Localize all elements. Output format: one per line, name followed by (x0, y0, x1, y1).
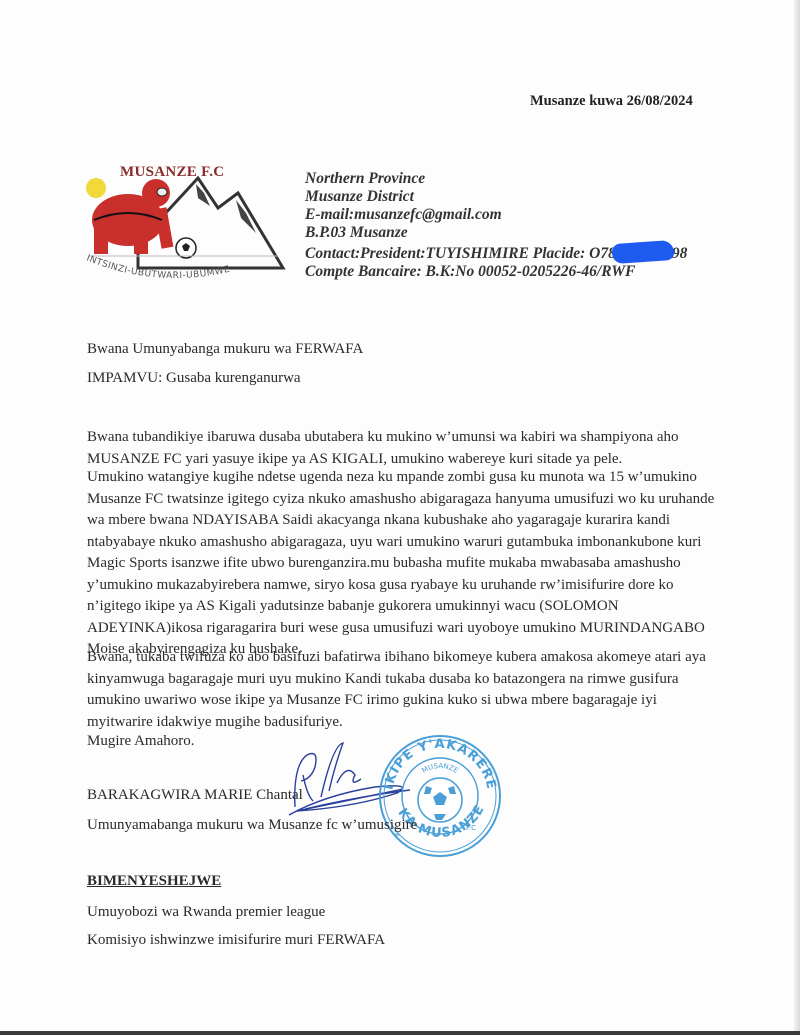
svg-text:F.C: F.C (466, 824, 476, 832)
signer-title: Umunyamabanga mukuru wa Musanze fc w’umu… (87, 817, 417, 834)
recipient: Bwana Umunyabanga mukuru wa FERWAFA (87, 341, 363, 358)
logo-title: MUSANZE F.C (120, 164, 224, 181)
paragraph-line: Umukino watangiye kugihe ndetse ugenda n… (87, 467, 737, 489)
copies-heading: BIMENYESHEJWE (87, 873, 221, 890)
body-paragraph-1: Bwana tubandikiye ibaruwa dusaba ubutabe… (87, 427, 737, 470)
contact-suffix: 98 (672, 245, 688, 262)
bank-line: Compte Bancaire: B.K:No 00052-0205226-46… (305, 263, 687, 281)
signer-name: BARAKAGWIRA MARIE Chantal (87, 787, 303, 804)
letter-date: Musanze kuwa 26/08/2024 (530, 93, 693, 110)
paragraph-line: Bwana, tukaba twifuza ko abo basifuzi ba… (87, 647, 737, 669)
club-logo: INTSINZI-UBUTWARI-UBUMWE MUSANZE F.C (78, 148, 293, 278)
paragraph-line: wa mbere bwana NDAYISABA Saidi akacyanga… (87, 510, 737, 532)
po-box-line: B.P.03 Musanze (305, 224, 687, 242)
paragraph-line: Bwana tubandikiye ibaruwa dusaba ubutabe… (87, 427, 737, 449)
paragraph-line: y’umukino mukazabyirebera namwe, siryo k… (87, 575, 737, 597)
paragraph-line: Magic Sports isanzwe ifite ubwo burengan… (87, 553, 737, 575)
paragraph-line: myitwarire idakwiye mugihe badusifuriye. (87, 712, 737, 734)
body-paragraph-2: Umukino watangiye kugihe ndetse ugenda n… (87, 467, 737, 661)
paragraph-line: Musanze FC twatsinze igitego cyiza nkuko… (87, 489, 737, 511)
closing-greeting: Mugire Amahoro. (87, 733, 194, 750)
paragraph-line: kinyamwuga bagaragaje muri uyu mukino Ka… (87, 669, 737, 691)
sun-icon (86, 178, 106, 198)
football-icon (176, 238, 196, 258)
svg-text:*: * (480, 755, 486, 769)
copy-recipient: Umuyobozi wa Rwanda premier league (87, 904, 325, 921)
paragraph-line: n’igitego ikipe ya AS Kigali yadutsinze … (87, 596, 737, 618)
svg-text:MUSANZE: MUSANZE (421, 762, 460, 775)
sender-address: Northern Province Musanze District E-mai… (305, 170, 687, 281)
redaction-mark (611, 240, 674, 264)
contact-prefix: Contact:President:TUYISHIMIRE Placide: O… (305, 245, 616, 262)
football-icon (418, 778, 462, 822)
contact-line: Contact:President:TUYISHIMIRE Placide: O… (305, 242, 687, 263)
email-line: E-mail:musanzefc@gmail.com (305, 206, 687, 224)
page-edge (794, 0, 800, 1035)
address-line: Northern Province (305, 170, 687, 188)
paragraph-line: ADEYINKA)ikosa rigaragarira buri wese gu… (87, 618, 737, 640)
club-stamp: IKIPE Y'AKARERE 'KA MUSANZE MUSANZE F.C … (376, 732, 504, 860)
copy-recipient: Komisiyo ishwinzwe imisifurire muri FERW… (87, 932, 385, 949)
logo-motto: INTSINZI-UBUTWARI-UBUMWE (85, 254, 231, 278)
body-paragraph-3: Bwana, tukaba twifuza ko abo basifuzi ba… (87, 647, 737, 733)
paragraph-line: ntabyabaye nkuko amashusho abigaragaza, … (87, 532, 737, 554)
address-line: Musanze District (305, 188, 687, 206)
paragraph-line: umukino uwariwo wose ikipe ya Musanze FC… (87, 690, 737, 712)
page-bottom-border (0, 1031, 800, 1035)
subject-line: IMPAMVU: Gusaba kurenganurwa (87, 370, 301, 387)
